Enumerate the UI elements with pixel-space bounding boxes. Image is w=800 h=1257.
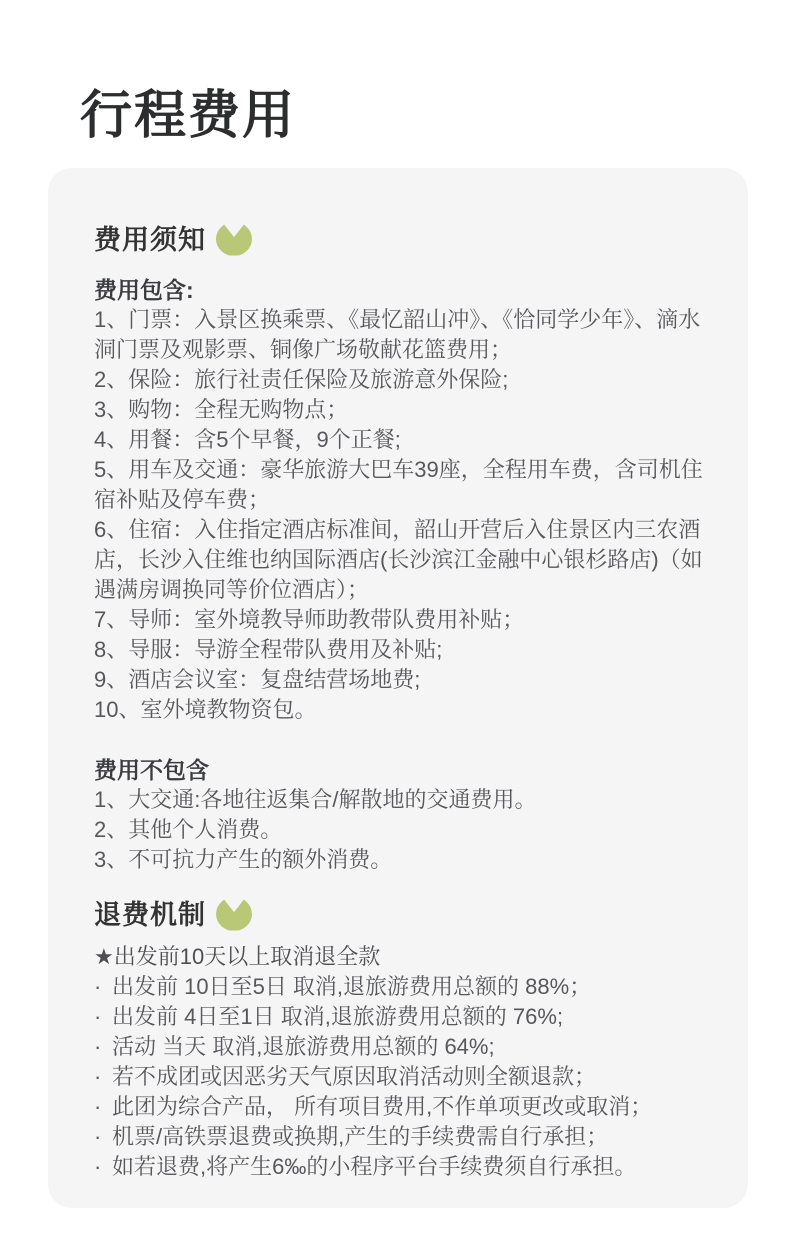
list-item: · 出发前 4日至1日 取消,退旅游费用总额的 76%; bbox=[94, 1002, 712, 1032]
page-title: 行程费用 bbox=[80, 88, 296, 145]
list-item: 5、用车及交通：豪华旅游大巴车39座，全程用车费，含司机住宿补贴及停车费； bbox=[94, 455, 712, 515]
bullet-text: 出发前 10日至5日 取消,退旅游费用总额的 88%； bbox=[112, 972, 712, 1002]
list-item: 7、导师：室外境教导师助教带队费用补贴； bbox=[94, 605, 712, 635]
excluded-list: 1、大交通:各地往返集合/解散地的交通费用。 2、其他个人消费。 3、不可抗力产… bbox=[94, 785, 712, 875]
list-item: · 出发前 10日至5日 取消,退旅游费用总额的 88%； bbox=[94, 972, 712, 1002]
bullet-dot: · bbox=[94, 1062, 112, 1092]
list-item: · 活动 当天 取消,退旅游费用总额的 64%; bbox=[94, 1032, 712, 1062]
leaf-notch-icon bbox=[216, 897, 252, 931]
list-item: 6、住宿：入住指定酒店标准间，韶山开营后入住景区内三农酒店，长沙入住维也纳国际酒… bbox=[94, 515, 712, 605]
bullet-dot: · bbox=[94, 972, 112, 1002]
list-item: · 此团为综合产品， 所有项目费用,不作单项更改或取消； bbox=[94, 1092, 712, 1122]
refund-section-heading: 退费机制 bbox=[94, 893, 712, 932]
bullet-dot: · bbox=[94, 1092, 112, 1122]
bullet-dot: · bbox=[94, 1002, 112, 1032]
bullet-dot: · bbox=[94, 1122, 112, 1152]
refund-highlight: ★出发前10天以上取消退全款 bbox=[94, 942, 712, 972]
fees-card: 费用须知 费用包含: 1、门票：入景区换乘票、《最忆韶山冲》、《恰同学少年》、滴… bbox=[48, 168, 748, 1208]
bullet-dot: · bbox=[94, 1152, 112, 1182]
list-item: · 机票/高铁票退费或换期,产生的手续费需自行承担； bbox=[94, 1122, 712, 1152]
refund-heading-text: 退费机制 bbox=[94, 893, 206, 932]
list-item: · 如若退费,将产生6‰的小程序平台手续费须自行承担。 bbox=[94, 1152, 712, 1182]
refund-list: · 出发前 10日至5日 取消,退旅游费用总额的 88%； · 出发前 4日至1… bbox=[94, 972, 712, 1182]
leaf-notch-icon bbox=[216, 222, 252, 256]
list-item: 8、导服：导游全程带队费用及补贴; bbox=[94, 635, 712, 665]
list-item: 2、其他个人消费。 bbox=[94, 815, 712, 845]
bullet-text: 如若退费,将产生6‰的小程序平台手续费须自行承担。 bbox=[112, 1152, 712, 1182]
bullet-text: 机票/高铁票退费或换期,产生的手续费需自行承担； bbox=[112, 1122, 712, 1152]
excluded-subheading: 费用不包含 bbox=[94, 755, 712, 785]
included-list: 1、门票：入景区换乘票、《最忆韶山冲》、《恰同学少年》、滴水洞门票及观影票、铜像… bbox=[94, 305, 712, 725]
bullet-text: 此团为综合产品， 所有项目费用,不作单项更改或取消； bbox=[112, 1092, 712, 1122]
list-item: · 若不成团或因恶劣天气原因取消活动则全额退款； bbox=[94, 1062, 712, 1092]
list-item: 9、酒店会议室：复盘结营场地费; bbox=[94, 665, 712, 695]
bullet-dot: · bbox=[94, 1032, 112, 1062]
itinerary-fees-page: 行程费用 费用须知 费用包含: 1、门票：入景区换乘票、《最忆韶山冲》、《恰同学… bbox=[0, 0, 800, 1257]
list-item: 3、购物：全程无购物点； bbox=[94, 395, 712, 425]
included-subheading: 费用包含: bbox=[94, 275, 712, 305]
list-item: 1、大交通:各地往返集合/解散地的交通费用。 bbox=[94, 785, 712, 815]
bullet-text: 活动 当天 取消,退旅游费用总额的 64%; bbox=[112, 1032, 712, 1062]
list-item: 3、不可抗力产生的额外消费。 bbox=[94, 845, 712, 875]
list-item: 10、室外境教物资包。 bbox=[94, 695, 712, 725]
bullet-text: 出发前 4日至1日 取消,退旅游费用总额的 76%; bbox=[112, 1002, 712, 1032]
list-item: 2、保险：旅行社责任保险及旅游意外保险; bbox=[94, 365, 712, 395]
notice-heading-text: 费用须知 bbox=[94, 218, 206, 257]
bullet-text: 若不成团或因恶劣天气原因取消活动则全额退款； bbox=[112, 1062, 712, 1092]
notice-section-heading: 费用须知 bbox=[94, 218, 712, 257]
list-item: 1、门票：入景区换乘票、《最忆韶山冲》、《恰同学少年》、滴水洞门票及观影票、铜像… bbox=[94, 305, 712, 365]
list-item: 4、用餐：含5个早餐，9个正餐; bbox=[94, 425, 712, 455]
